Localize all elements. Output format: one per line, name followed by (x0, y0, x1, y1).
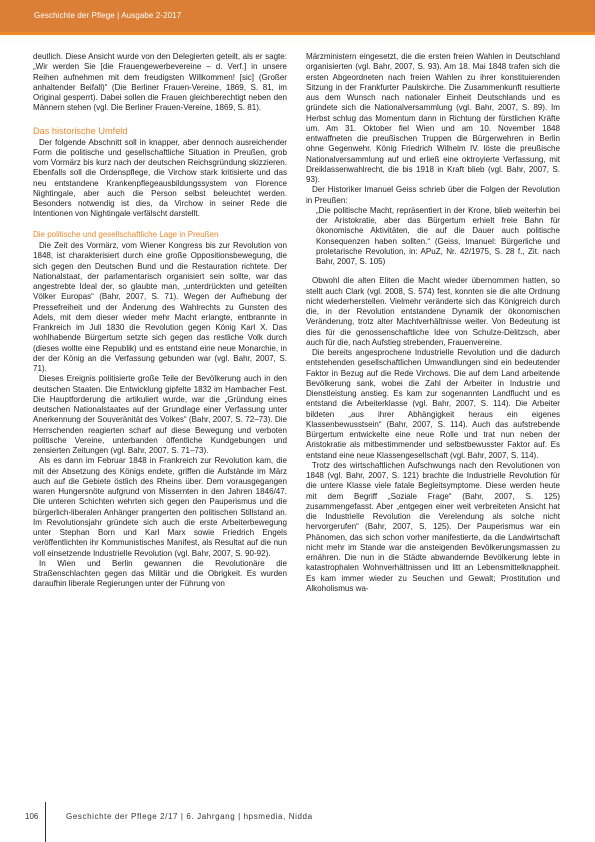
paragraph: Die bereits angesprochene Industrielle R… (306, 348, 560, 461)
paragraph: Trotz des wirtschaftlichen Aufschwungs n… (306, 461, 560, 594)
paragraph: In Wien und Berlin gewannen die Revoluti… (33, 559, 287, 590)
subsection-heading-political-situation: Die politische und gesellschaftliche Lag… (33, 230, 287, 241)
page-header-bar: Geschichte der Pflege | Ausgabe 2-2017 (0, 0, 595, 35)
paragraph: Der folgende Abschnitt soll in knapper, … (33, 138, 287, 220)
footer-vertical-rule (45, 802, 46, 842)
section-heading-historical-context: Das historische Umfeld (33, 125, 287, 137)
paragraph: Märzministern eingesetzt, die die ersten… (306, 52, 560, 185)
paragraph: Als es dann im Februar 1848 in Frankreic… (33, 456, 287, 559)
paragraph: Dieses Ereignis politisierte große Teile… (33, 374, 287, 456)
footer-publication-info: Geschichte der Pflege 2/17 | 6. Jahrgang… (66, 812, 313, 821)
running-header-title: Geschichte der Pflege | Ausgabe 2-2017 (34, 11, 181, 20)
right-column: Märzministern eingesetzt, die die ersten… (306, 52, 560, 594)
header-divider (0, 35, 595, 45)
paragraph: deutlich. Diese Ansicht wurde von den De… (33, 52, 287, 114)
page-number: 106 (25, 812, 38, 821)
paragraph: Obwohl die alten Eliten die Macht wieder… (306, 276, 560, 348)
block-quote: „Die politische Macht, repräsentiert in … (316, 206, 560, 268)
left-column: deutlich. Diese Ansicht wurde von den De… (33, 52, 287, 590)
paragraph: Der Historiker Imanuel Geiss schrieb übe… (306, 185, 560, 206)
paragraph: Die Zeit des Vormärz, vom Wiener Kongres… (33, 241, 287, 374)
